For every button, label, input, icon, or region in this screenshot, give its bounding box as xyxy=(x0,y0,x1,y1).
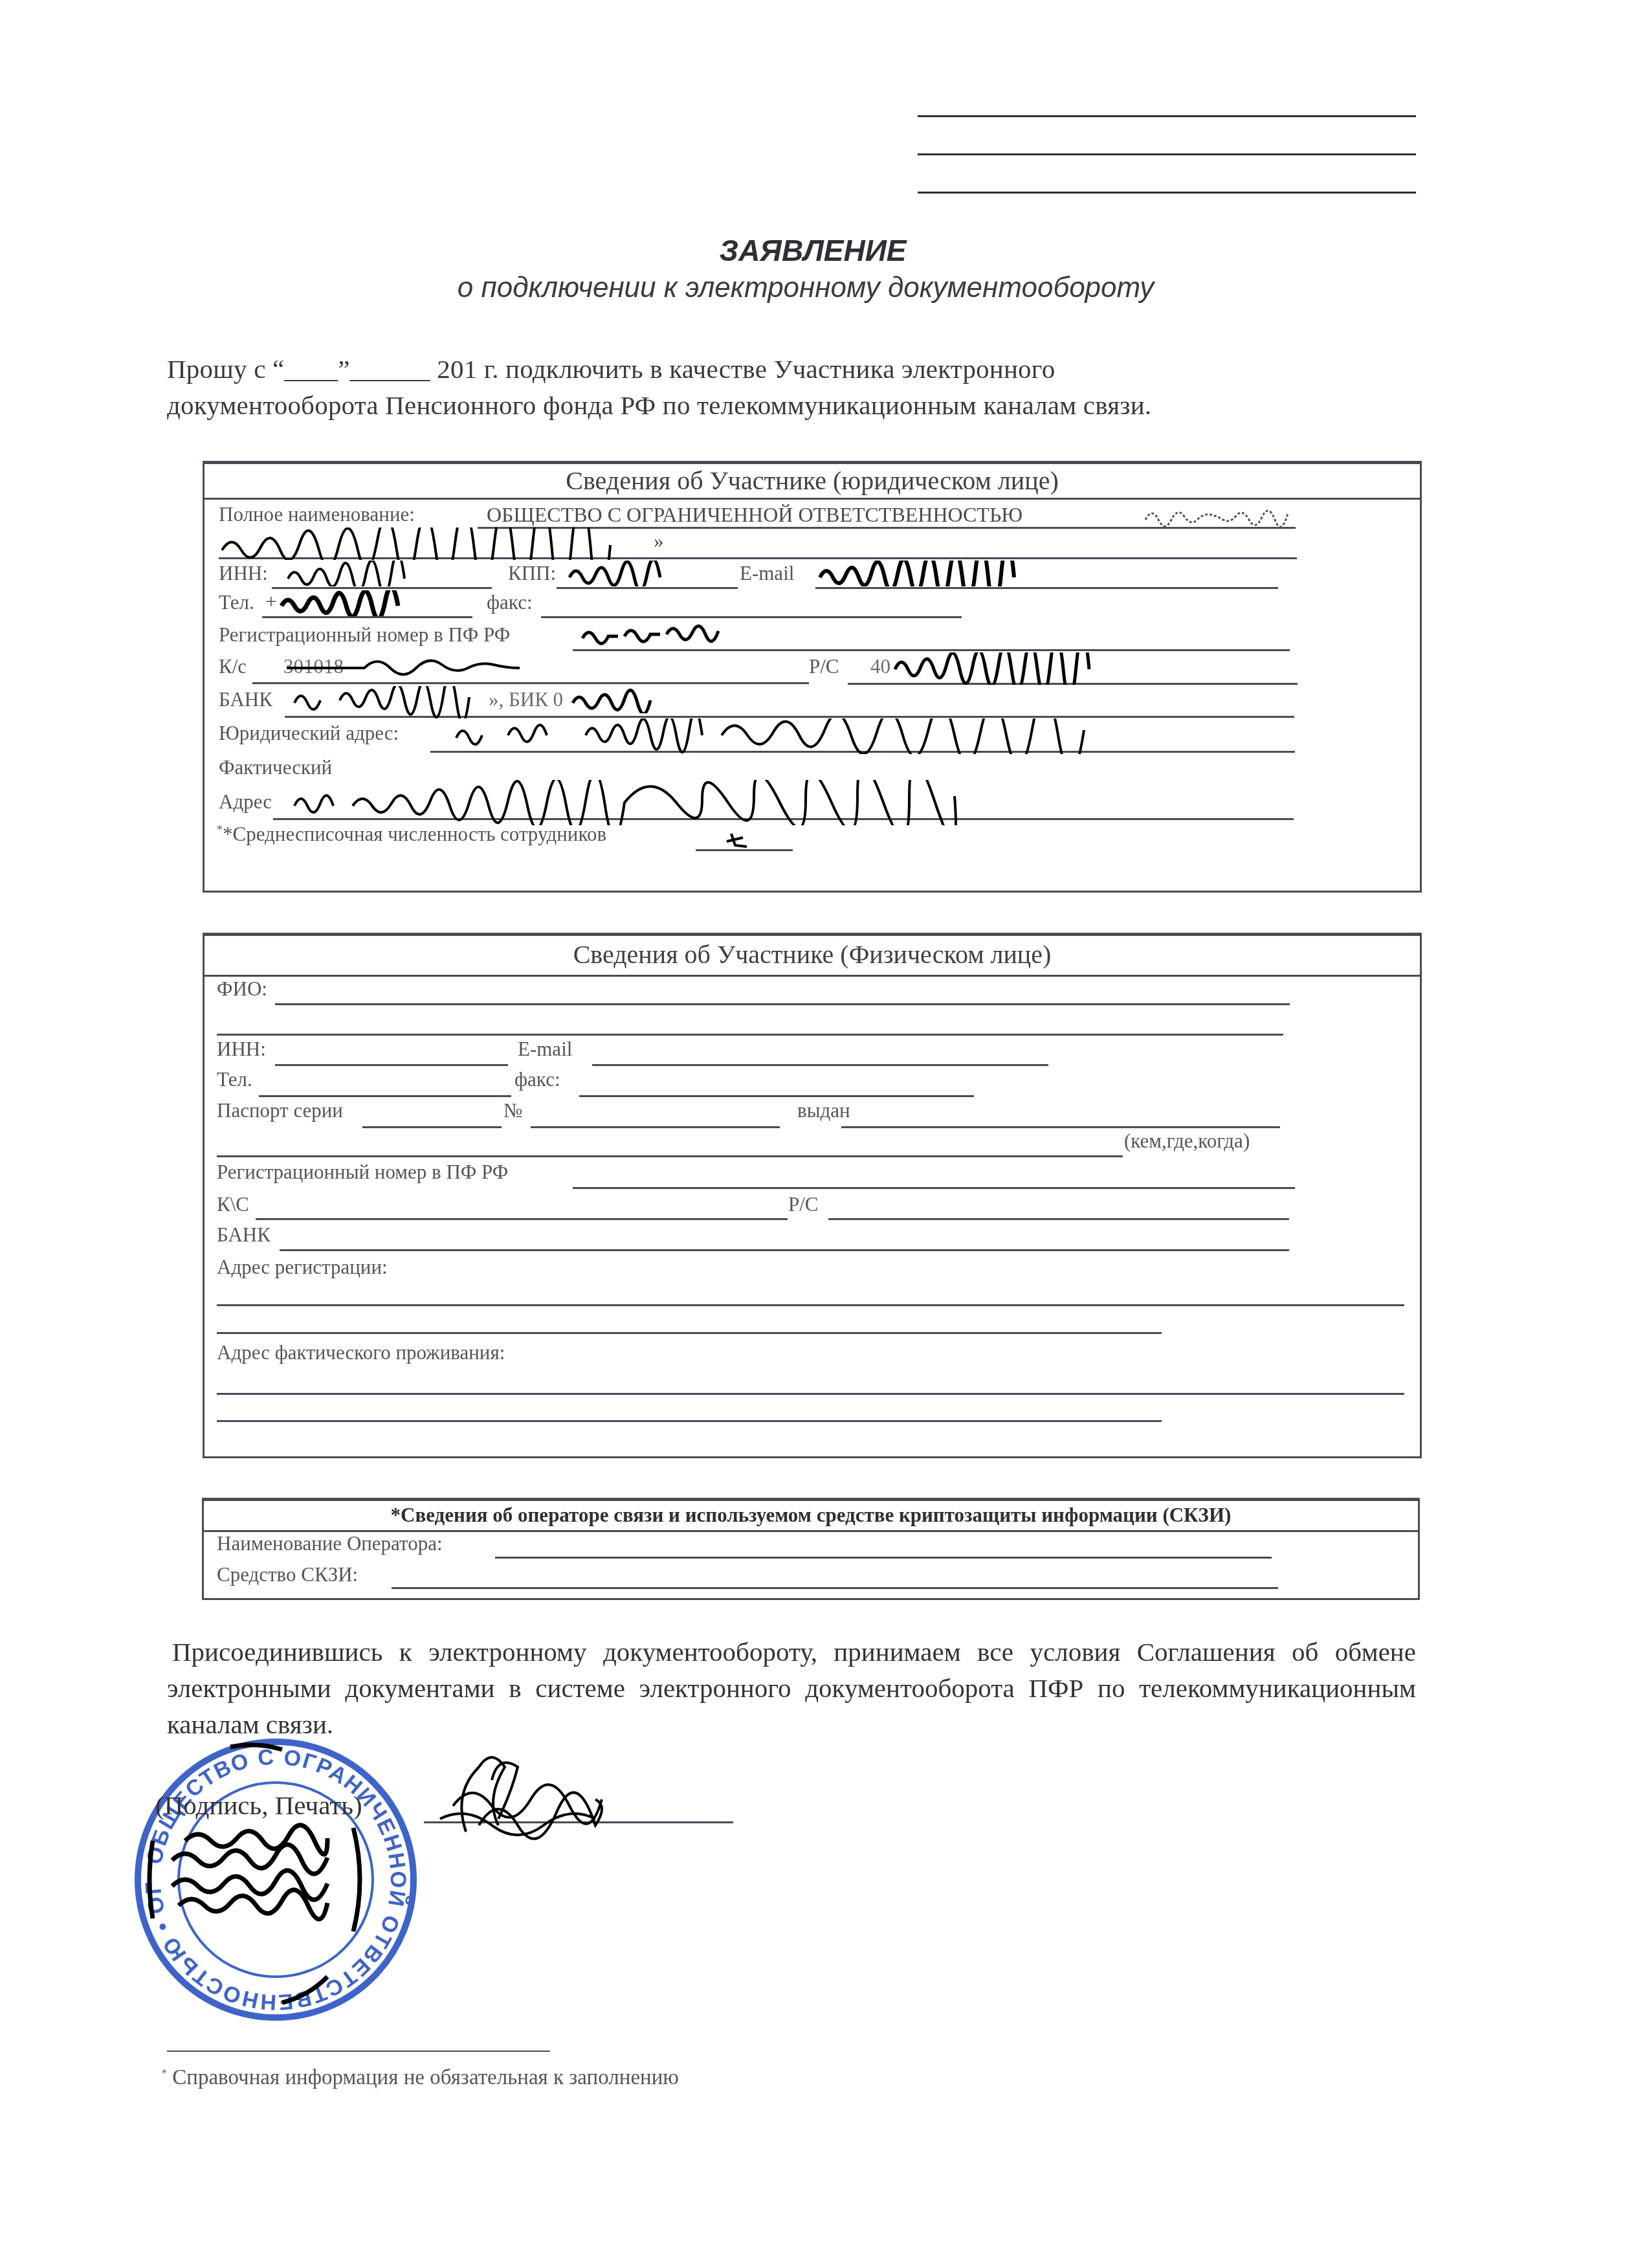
passport-number-label: № xyxy=(503,1099,523,1122)
redaction-scribble-icon xyxy=(579,623,754,649)
intro-line-2: документооборота Пенсионного фонда РФ по… xyxy=(167,387,1151,423)
ind-pfr-reg-field[interactable] xyxy=(573,1187,1295,1189)
redaction-scribble-icon xyxy=(219,528,672,560)
redaction-scribble-icon xyxy=(291,780,1055,825)
actual-address-label-1: Фактический xyxy=(219,756,332,779)
bank-bik-label: », БИК 0 xyxy=(489,688,563,711)
ind-ks-label: К\С xyxy=(217,1193,249,1216)
phone-label: Тел. xyxy=(219,591,254,614)
ind-inn-field[interactable] xyxy=(275,1064,508,1066)
ind-rs-label: Р/С xyxy=(788,1193,819,1216)
ind-bank-label: БАНК xyxy=(217,1223,271,1247)
recipient-line-3[interactable] xyxy=(918,192,1416,194)
intro-line-1: Прошу с “____”______ 201 г. подключить в… xyxy=(167,351,1055,387)
issued-field[interactable] xyxy=(841,1126,1280,1128)
headcount-label: **Среднесписочная численность сотруднико… xyxy=(217,823,606,846)
operator-name-field[interactable] xyxy=(495,1557,1272,1559)
footnote: * Справочная информация не обязательная … xyxy=(162,2066,679,2090)
redaction-scribble-icon xyxy=(283,652,529,685)
headcount-label-text: *Среднесписочная численность сотрудников xyxy=(223,823,606,845)
phone-plus: + xyxy=(265,590,276,614)
individual-heading: Сведения об Участнике (Физическом лице) xyxy=(204,936,1420,977)
redaction-scribble-icon xyxy=(722,828,754,851)
legal-entity-heading: Сведения об Участнике (юридическом лице) xyxy=(204,464,1420,500)
ind-fax-label: факс: xyxy=(514,1068,560,1091)
reg-address-field-1[interactable] xyxy=(217,1304,1404,1306)
full-name-label: Полное наименование: xyxy=(219,503,415,526)
ind-bank-field[interactable] xyxy=(280,1249,1289,1251)
ind-email-field[interactable] xyxy=(592,1064,1048,1066)
redaction-scribble-icon xyxy=(453,718,1217,754)
document-subtitle: о подключении к электронному документооб… xyxy=(13,272,1598,304)
issued-hint: (кем,где,когда) xyxy=(1124,1129,1250,1153)
reg-address-label: Адрес регистрации: xyxy=(217,1256,388,1279)
passport-series-label: Паспорт серии xyxy=(217,1099,343,1122)
agreement-text: Присоединившись к электронному документо… xyxy=(167,1634,1416,1742)
operator-heading: *Сведения об операторе связи и используе… xyxy=(204,1501,1418,1532)
bank-label: БАНК xyxy=(219,688,272,711)
skzi-field[interactable] xyxy=(392,1587,1278,1589)
kpp-label: КПП: xyxy=(508,562,556,585)
rs-value: 40 xyxy=(870,655,890,678)
pfr-reg-field[interactable] xyxy=(573,649,1290,651)
ind-phone-label: Тел. xyxy=(217,1068,252,1091)
intro-rest: г. подключить в качестве Участника элект… xyxy=(477,354,1055,384)
fax-field[interactable] xyxy=(541,616,962,618)
ind-inn-label: ИНН: xyxy=(217,1038,266,1061)
actual-residence-label: Адрес фактического проживания: xyxy=(217,1341,505,1364)
footnote-marker: * xyxy=(162,2068,167,2079)
date-day-field[interactable]: ____ xyxy=(284,354,338,384)
inn-label: ИНН: xyxy=(219,562,268,585)
skzi-label: Средство СКЗИ: xyxy=(217,1563,358,1586)
date-month-field[interactable]: ______ xyxy=(350,354,430,384)
redaction-scribble-icon xyxy=(892,652,1112,685)
redaction-scribble-icon xyxy=(569,687,667,713)
reg-address-field-2[interactable] xyxy=(217,1332,1162,1334)
redaction-scribble-icon xyxy=(1142,504,1291,529)
footnote-text: Справочная информация не обязательная к … xyxy=(172,2066,679,2089)
passport-number-field[interactable] xyxy=(531,1126,780,1128)
issued-field-line-2[interactable] xyxy=(217,1155,1123,1157)
company-stamp-icon: ОБЩЕСТВО С ОГРАНИЧЕННОЙ ОТВЕТСТВЕННОСТЬЮ… xyxy=(127,1731,425,2029)
email-label: E-mail xyxy=(740,562,794,585)
quote-close: ” xyxy=(338,354,349,384)
ind-fax-field[interactable] xyxy=(579,1095,974,1097)
legal-address-label: Юридический адрес: xyxy=(219,722,399,745)
redaction-scribble-icon xyxy=(285,561,408,586)
handwritten-signature-icon xyxy=(427,1741,621,1858)
ind-rs-field[interactable] xyxy=(828,1218,1289,1220)
operator-name-label: Наименование Оператора: xyxy=(217,1532,443,1555)
actual-residence-field-1[interactable] xyxy=(217,1393,1404,1395)
ind-ks-field[interactable] xyxy=(256,1218,788,1220)
ind-email-label: E-mail xyxy=(518,1038,572,1061)
issued-label: выдан xyxy=(797,1099,850,1122)
fio-field-line-2[interactable] xyxy=(217,1034,1283,1036)
fio-field[interactable] xyxy=(275,1003,1290,1005)
rs-label: Р/С xyxy=(809,655,839,678)
inn-field[interactable] xyxy=(272,587,492,589)
actual-address-label-2: Адрес xyxy=(219,790,272,814)
redaction-scribble-icon xyxy=(291,686,485,718)
redaction-scribble-icon xyxy=(566,561,663,586)
full-name-value: ОБЩЕСТВО С ОГРАНИЧЕННОЙ ОТВЕТСТВЕННОСТЬЮ xyxy=(487,503,1022,527)
pfr-reg-label: Регистрационный номер в ПФ РФ xyxy=(219,623,510,647)
signature-label: (Подпись, Печать) xyxy=(155,1790,362,1821)
email-field[interactable] xyxy=(815,587,1278,589)
fio-label: ФИО: xyxy=(217,977,267,1001)
ind-pfr-reg-label: Регистрационный номер в ПФ РФ xyxy=(217,1161,508,1184)
redaction-scribble-icon xyxy=(278,590,414,616)
fax-label: факс: xyxy=(487,591,533,614)
redaction-scribble-icon xyxy=(817,561,1037,586)
date-year: 201 xyxy=(430,354,478,384)
footnote-separator xyxy=(167,2051,550,2052)
recipient-line-2[interactable] xyxy=(918,153,1416,155)
intro-prefix: Прошу с “ xyxy=(167,354,284,384)
phone-field[interactable] xyxy=(262,616,472,618)
recipient-line-1[interactable] xyxy=(918,115,1416,117)
passport-series-field[interactable] xyxy=(362,1126,502,1128)
ks-label: К/с xyxy=(219,655,247,678)
ind-phone-field[interactable] xyxy=(259,1095,511,1097)
kpp-field[interactable] xyxy=(557,587,738,589)
full-name-value-cont: » xyxy=(654,529,664,553)
actual-residence-field-2[interactable] xyxy=(217,1420,1162,1422)
document-title: ЗАЯВЛЕНИЕ xyxy=(0,233,1631,268)
